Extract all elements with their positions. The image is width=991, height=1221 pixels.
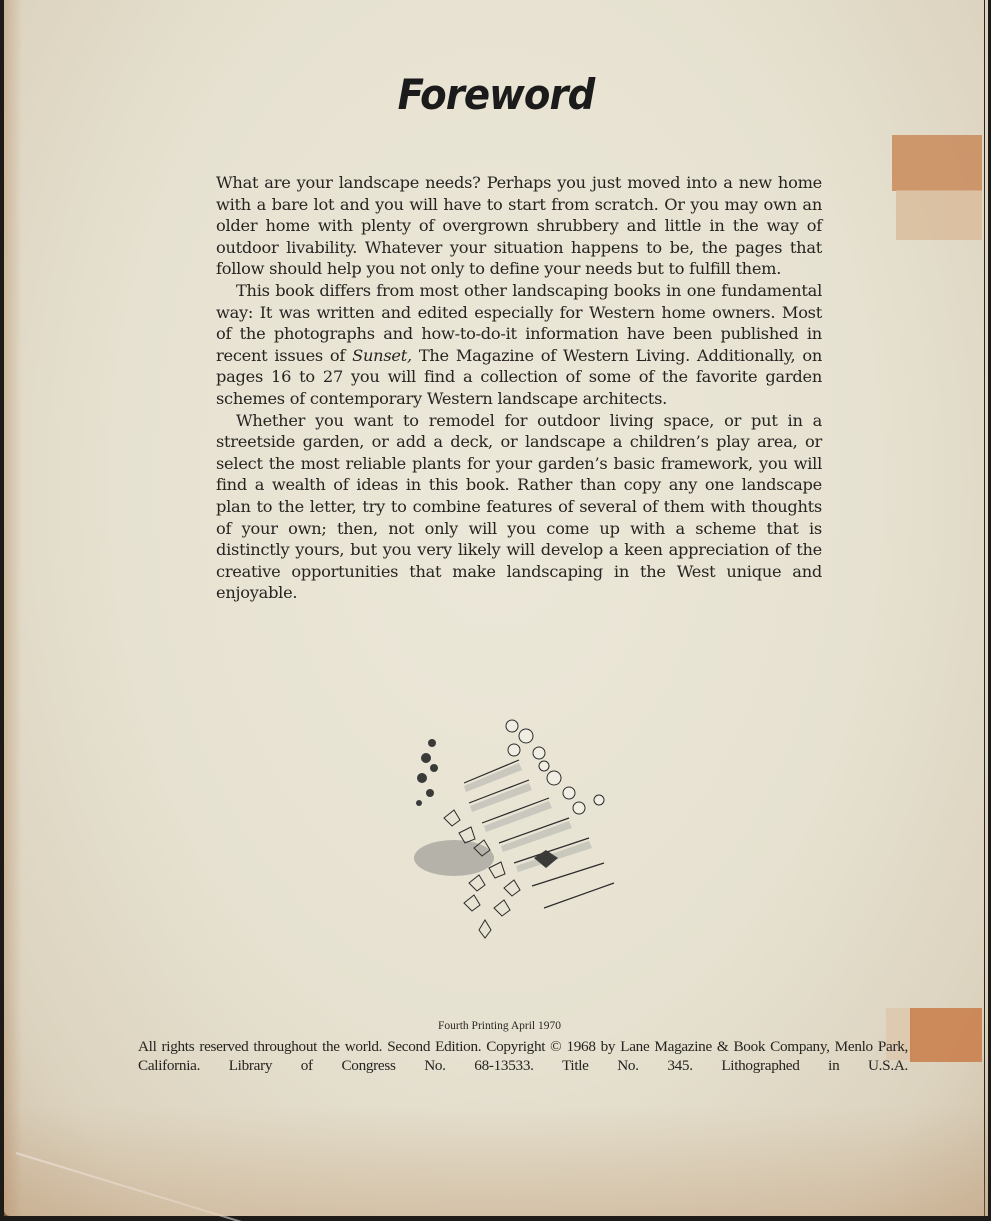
tape-strip-bottom	[910, 1008, 982, 1062]
paragraph-2: This book differs from most other landsc…	[216, 280, 822, 410]
paragraph-3: Whether you want to remodel for outdoor …	[216, 410, 822, 604]
page-edge	[984, 0, 985, 1216]
tape-strip-top-faded	[896, 190, 982, 240]
page-title: Foreword	[43, 70, 948, 119]
book-page: Foreword What are your landscape needs? …	[4, 0, 988, 1216]
garden-steps-illustration	[404, 708, 619, 948]
paper-crease	[16, 1152, 246, 1221]
tape-strip-top	[892, 135, 982, 191]
magazine-title: Sunset,	[352, 346, 412, 365]
copyright-notice: All rights reserved throughout the world…	[138, 1037, 908, 1075]
paragraph-1: What are your landscape needs? Perhaps y…	[216, 172, 822, 280]
foreword-body: What are your landscape needs? Perhaps y…	[216, 172, 822, 604]
printing-note: Fourth Printing April 1970	[4, 1020, 991, 1032]
